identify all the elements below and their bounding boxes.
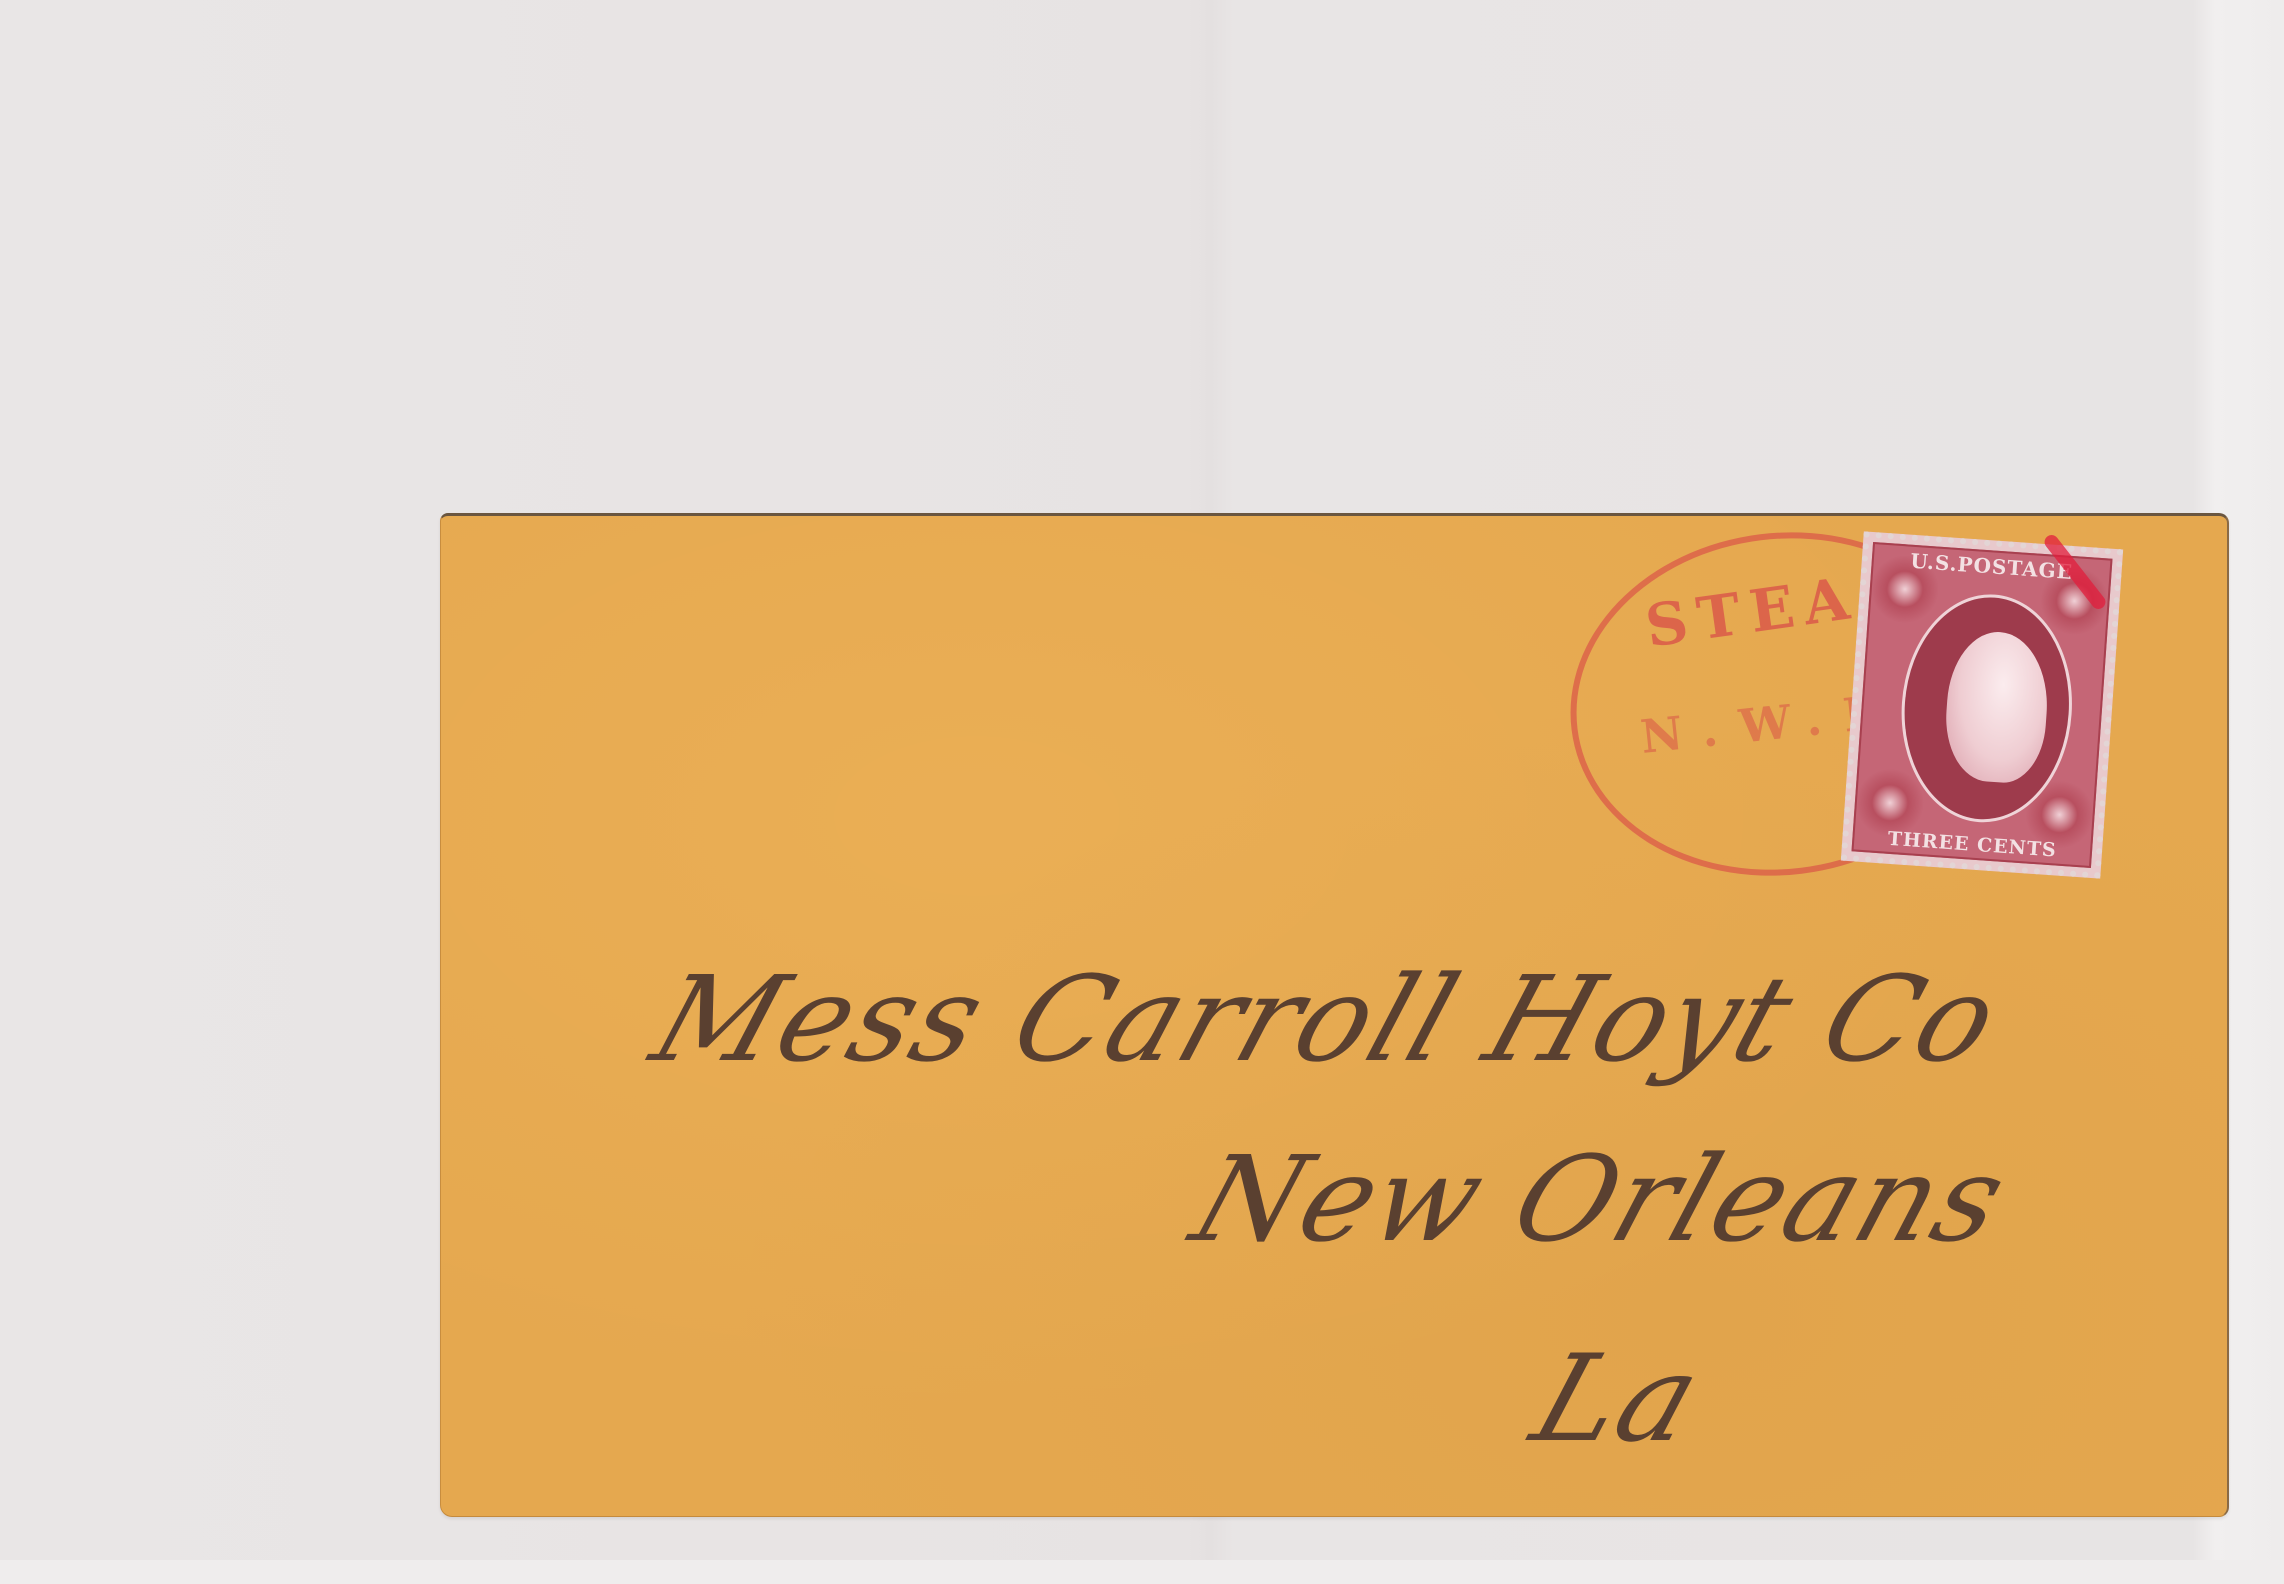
address-line-city: New Orleans — [1178, 1130, 2024, 1268]
stamp-portrait-frame — [1894, 589, 2079, 828]
address-line-recipient: Mess Carroll Hoyt Co — [638, 950, 2016, 1088]
stamp-design: U.S.POSTAGE THREE CENTS — [1851, 542, 2112, 868]
stamp-denomination-text: THREE CENTS — [1854, 825, 2091, 863]
washington-portrait-icon — [1942, 629, 2052, 786]
scanner-background-strip — [0, 1560, 2284, 1584]
